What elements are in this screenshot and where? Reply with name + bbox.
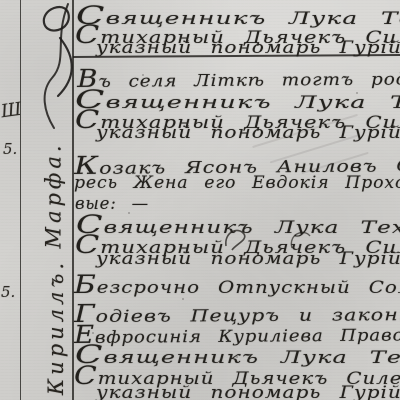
handwritten-line: указный пономарь Гурій Соши — [96, 123, 400, 142]
margin-mark: Ш — [0, 99, 23, 123]
margin-vertical-name: Марфа. — [42, 141, 66, 248]
column-rule-left — [20, 0, 21, 400]
handwritten-line: ресь Жена его Евдокія Прохорова и — [74, 173, 400, 192]
margin-vertical-name: Кириллъ. — [44, 259, 68, 395]
ink-flourish — [24, 0, 76, 135]
handwritten-line: указный пономарь Гурій Соши — [96, 383, 400, 400]
margin-entry-number: 5. — [1, 283, 15, 301]
handwritten-line: указный пономарь Гурій Соши — [96, 38, 400, 57]
document-page: Ш 5. 5. Марфа. Кириллъ. Священникъ Лука … — [0, 0, 400, 400]
margin-entry-number: 5. — [3, 140, 17, 158]
handwritten-line: Безсрочно Отпускный Солдатъ Сли — [74, 270, 400, 299]
handwritten-line: указный пономарь Гурій Соши — [96, 249, 400, 268]
